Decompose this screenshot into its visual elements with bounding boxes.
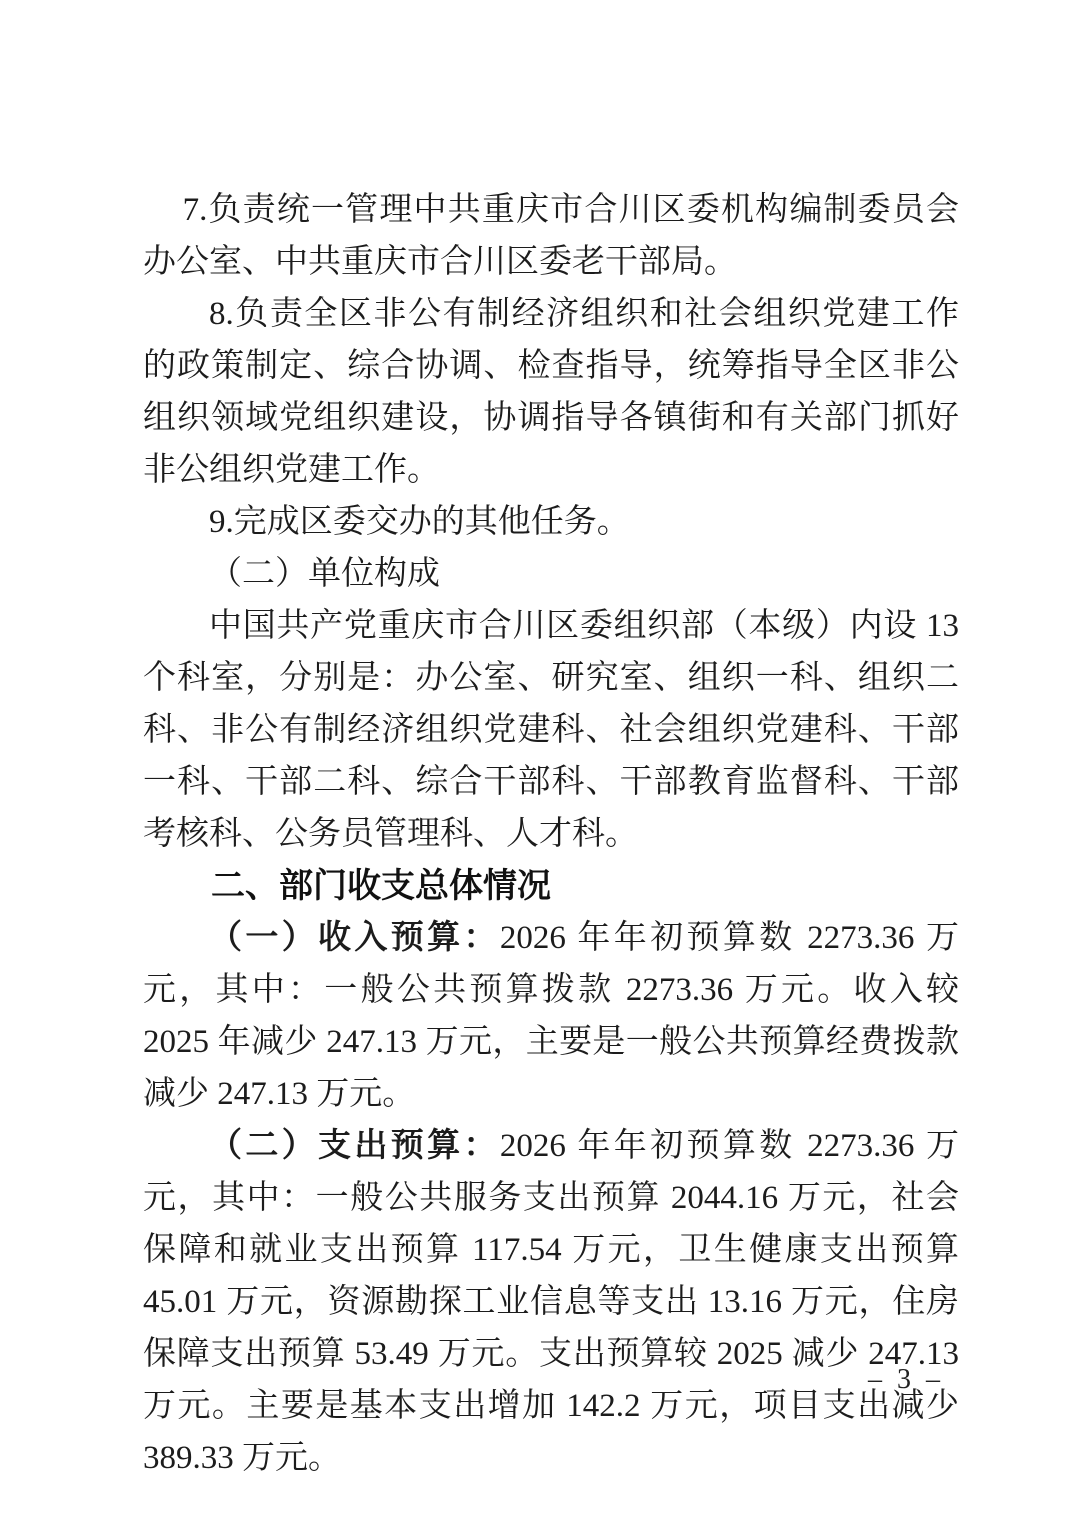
paragraph-lead-label: （一）收入预算： bbox=[209, 920, 500, 956]
paragraph-duty-7: 7.负责统一管理中共重庆市合川区委机构编制委员会办公室、中共重庆市合川区委老干部… bbox=[143, 184, 959, 288]
paragraph-unit-composition: 中国共产党重庆市合川区委组织部（本级）内设 13 个科室，分别是：办公室、研究室… bbox=[143, 600, 959, 860]
sub-heading-unit-composition: （二）单位构成 bbox=[143, 548, 959, 600]
document-body: 7.负责统一管理中共重庆市合川区委机构编制委员会办公室、中共重庆市合川区委老干部… bbox=[143, 184, 959, 1484]
sub-heading-text: （二）单位构成 bbox=[209, 556, 440, 592]
paragraph-expenditure-budget: （二）支出预算：2026 年年初预算数 2273.36 万元，其中：一般公共服务… bbox=[143, 1120, 959, 1484]
paragraph-text: 7.负责统一管理中共重庆市合川区委机构编制委员会办公室、中共重庆市合川区委老干部… bbox=[143, 192, 959, 280]
section-heading-budget-overview: 二、部门收支总体情况 bbox=[143, 860, 959, 912]
paragraph-revenue-budget: （一）收入预算：2026 年年初预算数 2273.36 万元，其中：一般公共预算… bbox=[143, 912, 959, 1120]
paragraph-text: 中国共产党重庆市合川区委组织部（本级）内设 13 个科室，分别是：办公室、研究室… bbox=[143, 608, 959, 852]
paragraph-duty-8: 8.负责全区非公有制经济组织和社会组织党建工作的政策制定、综合协调、检查指导，统… bbox=[143, 288, 959, 496]
paragraph-lead-label: （二）支出预算： bbox=[209, 1128, 500, 1164]
paragraph-text: 2026 年年初预算数 2273.36 万元，其中：一般公共服务支出预算 204… bbox=[143, 1128, 959, 1476]
paragraph-duty-9: 9.完成区委交办的其他任务。 bbox=[143, 496, 959, 548]
section-heading-text: 二、部门收支总体情况 bbox=[211, 867, 551, 905]
document-page: 7.负责统一管理中共重庆市合川区委机构编制委员会办公室、中共重庆市合川区委老干部… bbox=[0, 0, 1074, 1520]
paragraph-text: 8.负责全区非公有制经济组织和社会组织党建工作的政策制定、综合协调、检查指导，统… bbox=[143, 296, 959, 488]
paragraph-text: 9.完成区委交办的其他任务。 bbox=[209, 504, 630, 540]
page-number: – 3 – bbox=[868, 1364, 944, 1396]
